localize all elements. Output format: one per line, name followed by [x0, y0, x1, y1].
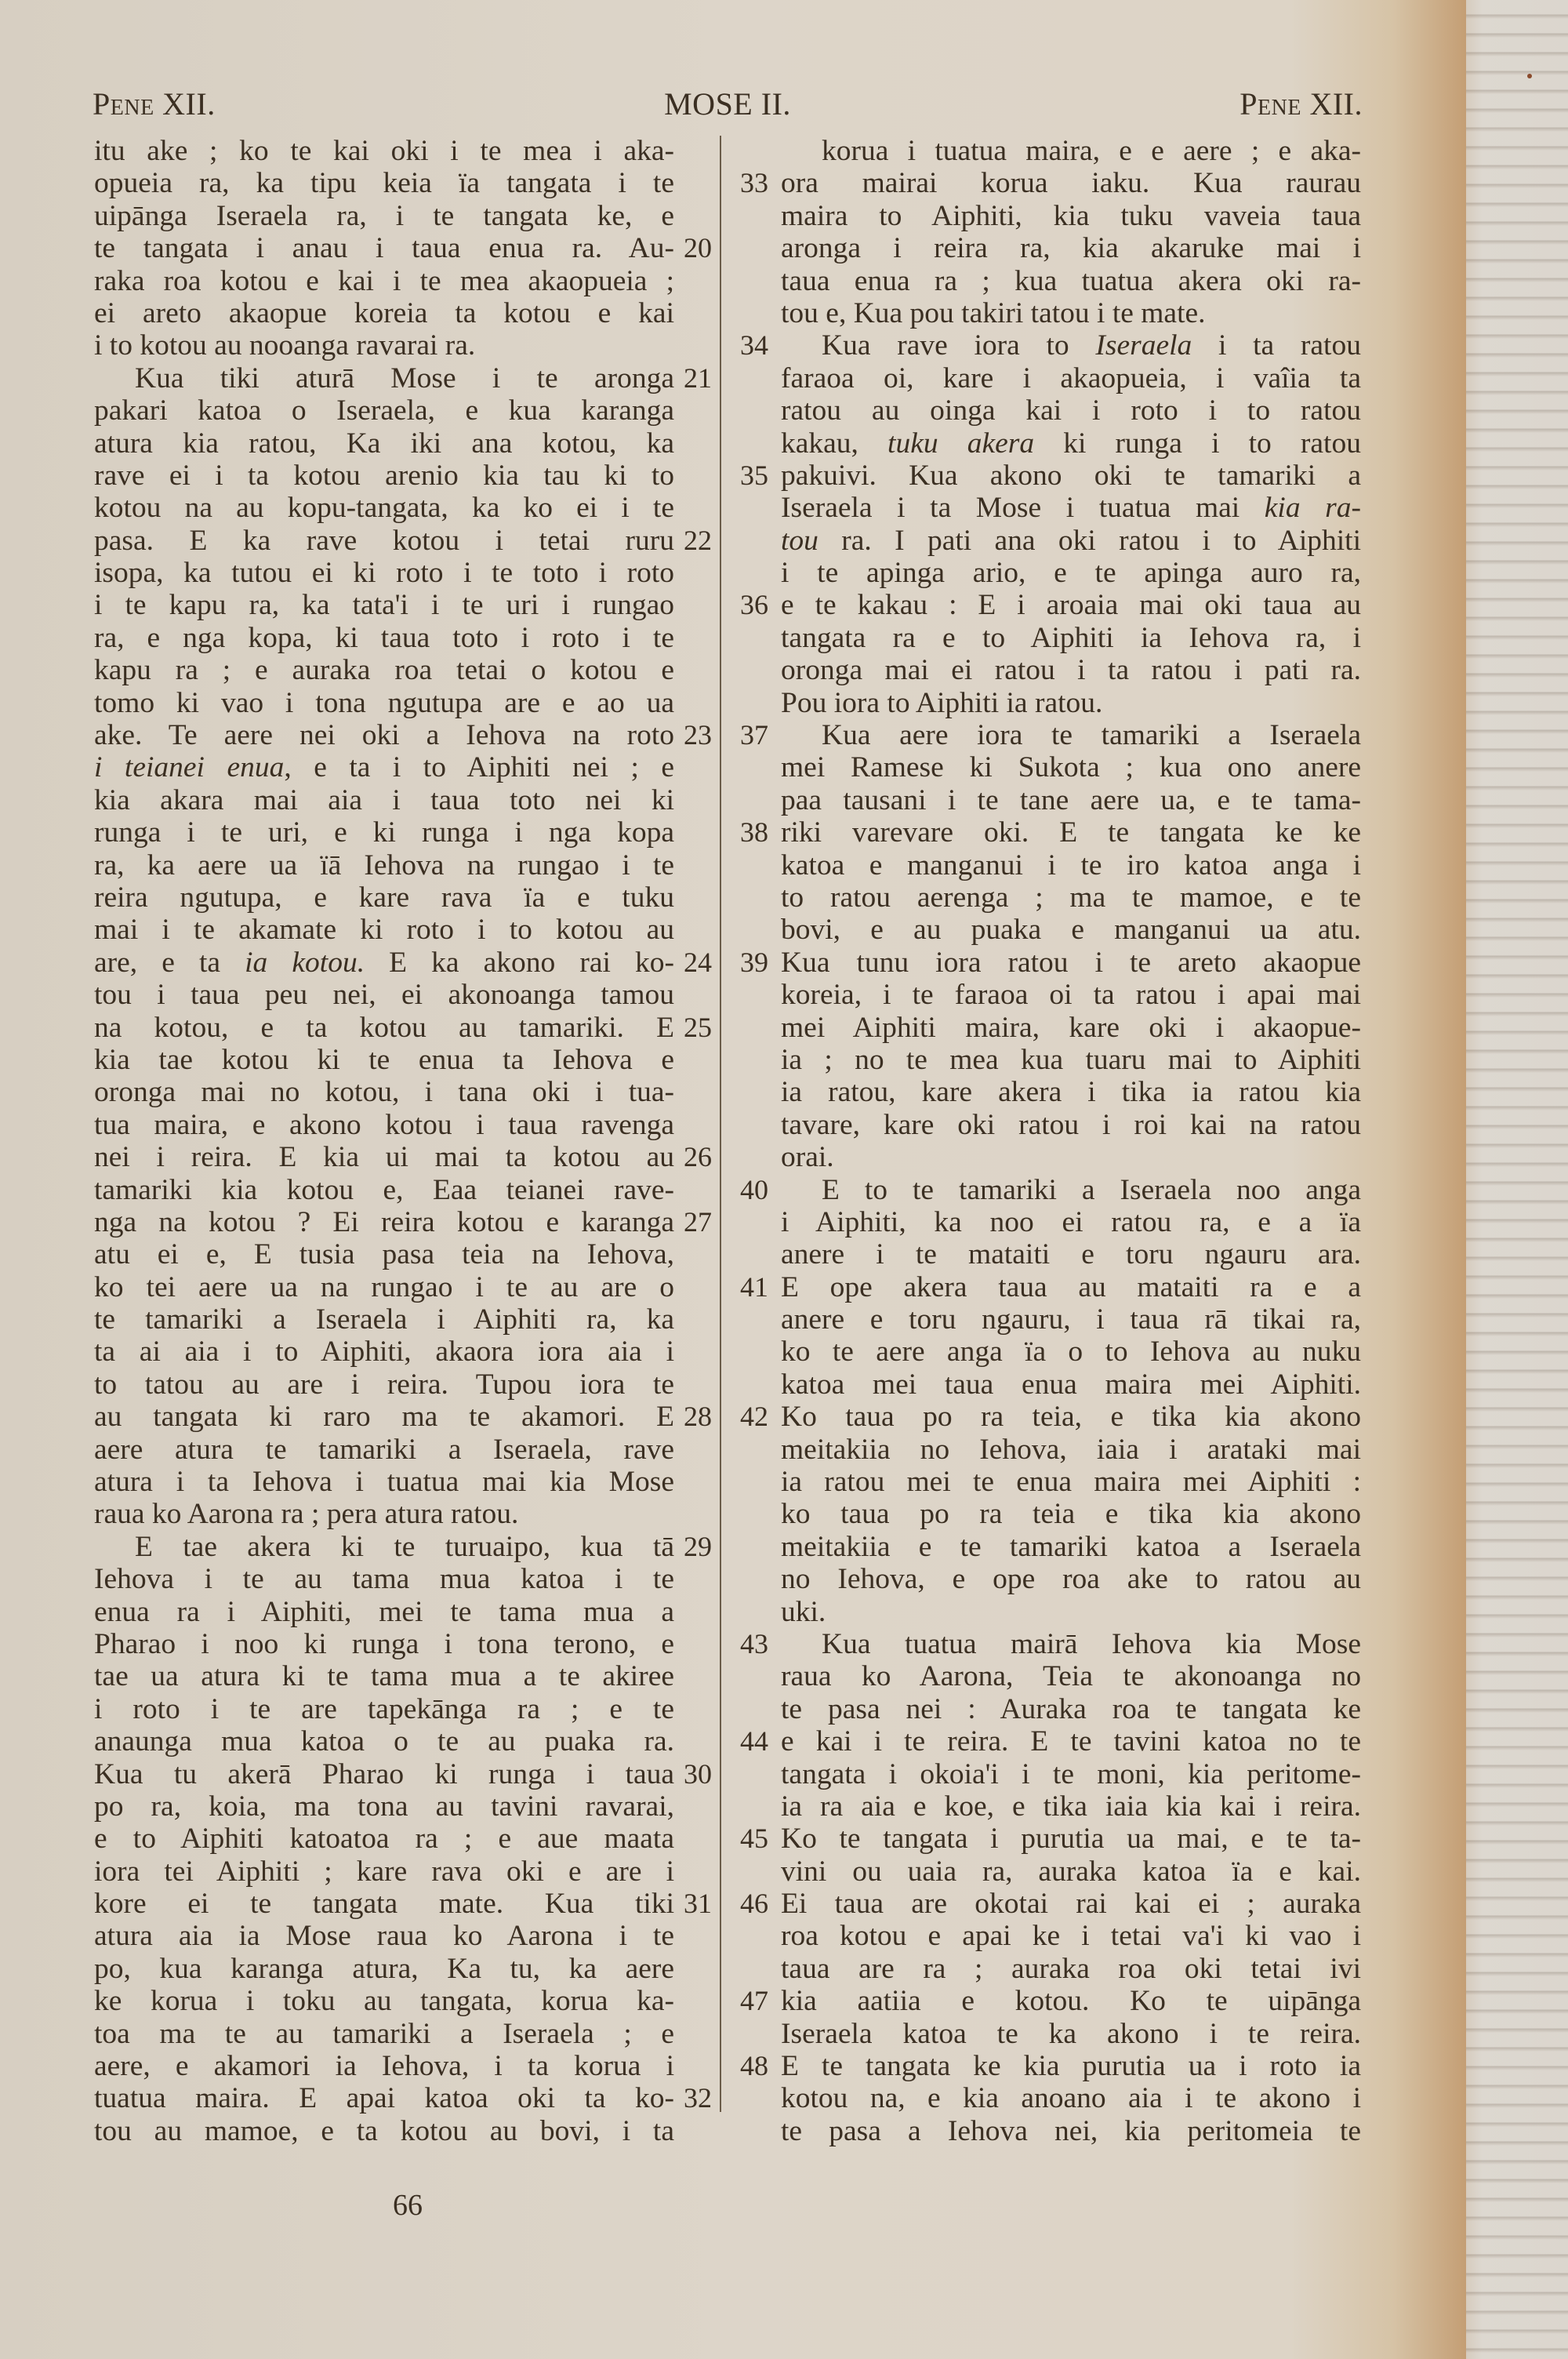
line-text: enua ra i Aiphiti, mei te tama mua a [94, 1596, 674, 1628]
text-line: ko taua po ra teia e tika kia akono [781, 1498, 1361, 1530]
line-text: katoa mei taua enua maira mei Aiphiti. [781, 1369, 1361, 1401]
text-line: i roto i te are tapekānga ra ; e te [94, 1693, 674, 1725]
text-line: na kotou, e ta kotou au tamariki. E25 [94, 1012, 674, 1044]
line-text: taua enua ra ; kua tuatua akera oki ra- [781, 265, 1361, 297]
text-line: po, kua karanga atura, Ka tu, ka aere [94, 1953, 674, 1985]
text-line: tomo ki vao i tona ngutupa are e ao ua [94, 687, 674, 719]
line-text: paa tausani i te tane aere ua, e te tama… [781, 784, 1361, 816]
line-text: tou au mamoe, e ta kotou au bovi, i ta [94, 2115, 674, 2147]
line-text: tua maira, e akono kotou i taua ravenga [94, 1109, 674, 1141]
line-text: tae ua atura ki te tama mua a te akiree [94, 1660, 674, 1692]
line-text: E to te tamariki a Iseraela noo anga [822, 1174, 1361, 1206]
verse-number: 46 [740, 1888, 768, 1920]
line-text: Iehova i te au tama mua katoa i te [94, 1563, 674, 1595]
text-line: no Iehova, e ope roa ake to ratou au [781, 1563, 1361, 1595]
line-text: opueia ra, ka tipu keia ïa tangata i te [94, 167, 674, 199]
text-line: tou au mamoe, e ta kotou au bovi, i ta [94, 2115, 674, 2147]
line-text: raua ko Aarona ra ; pera atura ratou. [94, 1498, 674, 1530]
line-text: raka roa kotou e kai i te mea akaopueia … [94, 265, 674, 297]
verse-number: 23 [684, 719, 712, 751]
text-line: atura i ta Iehova i tuatua mai kia Mose [94, 1466, 674, 1498]
text-line: kotou na au kopu-tangata, ka ko ei i te [94, 492, 674, 524]
page-number: 66 [368, 2188, 447, 2223]
line-text: aere, e akamori ia Iehova, i ta korua i [94, 2050, 674, 2082]
text-line: tavare, kare oki ratou i roi kai na rato… [781, 1109, 1361, 1141]
line-text: reira ngutupa, e kare rava ïa e tuku [94, 881, 674, 914]
text-line: E to te tamariki a Iseraela noo anga40 [781, 1174, 1361, 1206]
line-text: i roto i te are tapekānga ra ; e te [94, 1693, 674, 1725]
line-text: i to kotou au nooanga ravarai ra. [94, 329, 674, 362]
text-line: Kua rave iora to Iseraela i ta ratou34 [781, 329, 1361, 362]
text-line: tou e, Kua pou takiri tatou i te mate. [781, 297, 1361, 329]
line-text: iora tei Aiphiti ; kare rava oki e are i [94, 1856, 674, 1888]
text-line: Pou iora to Aiphiti ia ratou. [781, 687, 1361, 719]
line-text: ake. Te aere nei oki a Iehova na roto [94, 719, 674, 751]
line-text: tou ra. I pati ana oki ratou i to Aiphit… [781, 525, 1361, 557]
verse-number: 30 [684, 1758, 712, 1790]
line-text: ra, ka aere ua ïā Iehova na rungao i te [94, 849, 674, 881]
verse-number: 33 [740, 167, 768, 199]
text-line: to ratou aerenga ; ma te mamoe, e te [781, 881, 1361, 914]
text-line: uki. [781, 1596, 1361, 1628]
line-text: Pharao i noo ki runga i tona terono, e [94, 1628, 674, 1660]
text-line: te pasa nei : Auraka roa te tangata ke [781, 1693, 1361, 1725]
text-line: tangata i okoia'i i te moni, kia peritom… [781, 1758, 1361, 1790]
text-line: Kua tunu iora ratou i te areto akaopue39 [781, 947, 1361, 979]
text-line: pakari katoa o Iseraela, e kua karanga [94, 394, 674, 427]
text-line: Iehova i te au tama mua katoa i te [94, 1563, 674, 1595]
text-line: Kua tuatua mairā Iehova kia Mose43 [781, 1628, 1361, 1660]
line-text: katoa e manganui i te iro katoa anga i [781, 849, 1361, 881]
text-line: taua are ra ; auraka roa oki tetai ivi [781, 1953, 1361, 1985]
line-text: meitakiia e te tamariki katoa a Iseraela [781, 1531, 1361, 1563]
text-line: katoa mei taua enua maira mei Aiphiti. [781, 1369, 1361, 1401]
text-line: ora mairai korua iaku. Kua raurau33 [781, 167, 1361, 199]
italic-text: i teianei enua [94, 751, 284, 783]
verse-number: 35 [740, 460, 768, 492]
text-line: kia aatiia e kotou. Ko te uipānga47 [781, 1985, 1361, 2017]
text-line: iora tei Aiphiti ; kare rava oki e are i [94, 1856, 674, 1888]
text-line: kore ei te tangata mate. Kua tiki31 [94, 1888, 674, 1920]
text-line: ia ratou, kare akera i tika ia ratou kia [781, 1076, 1361, 1108]
text-line: E tae akera ki te turuaipo, kua tā29 [94, 1531, 674, 1563]
text-line: raka roa kotou e kai i te mea akaopueia … [94, 265, 674, 297]
line-text: i te kapu ra, ka tata'i i te uri i runga… [94, 589, 674, 621]
text-line: e to Aiphiti katoatoa ra ; e aue maata [94, 1823, 674, 1855]
line-text: tou i taua peu nei, ei akonoanga tamou [94, 979, 674, 1011]
verse-number: 40 [740, 1174, 768, 1206]
running-head: Pene XII. MOSE II. Pene XII. [93, 85, 1363, 124]
text-line: ra, ka aere ua ïā Iehova na rungao i te [94, 849, 674, 881]
verse-number: 39 [740, 947, 768, 979]
line-text: ia ra aia e koe, e tika iaia kia kai i r… [781, 1790, 1361, 1823]
text-line: i te apinga ario, e te apinga auro ra, [781, 557, 1361, 589]
line-text: anere i te mataiti e toru ngauru ara. [781, 1238, 1361, 1270]
text-line: aere atura te tamariki a Iseraela, rave [94, 1434, 674, 1466]
text-line: Ei taua are okotai rai kai ei ; auraka46 [781, 1888, 1361, 1920]
running-head-book-title: MOSE II. [93, 85, 1363, 124]
text-line: e kai i te reira. E te tavini katoa no t… [781, 1725, 1361, 1757]
verse-number: 45 [740, 1823, 768, 1855]
line-text: uki. [781, 1596, 1361, 1628]
text-line: toa ma te au tamariki a Iseraela ; e [94, 2018, 674, 2050]
line-text: toa ma te au tamariki a Iseraela ; e [94, 2018, 674, 2050]
text-line: tae ua atura ki te tama mua a te akiree [94, 1660, 674, 1692]
text-line: raua ko Aarona ra ; pera atura ratou. [94, 1498, 674, 1530]
text-line: nei i reira. E kia ui mai ta kotou au26 [94, 1141, 674, 1173]
line-text: ia ratou mei te enua maira mei Aiphiti : [781, 1466, 1361, 1498]
line-text: po ra, koia, ma tona au tavini ravarai, [94, 1790, 674, 1823]
line-text: to ratou aerenga ; ma te mamoe, e te [781, 881, 1361, 914]
line-text: nga na kotou ? Ei reira kotou e karanga [94, 1206, 674, 1238]
text-line: Kua tu akerā Pharao ki runga i taua30 [94, 1758, 674, 1790]
line-text: tou e, Kua pou takiri tatou i te mate. [781, 297, 1361, 329]
text-line: Pharao i noo ki runga i tona terono, e [94, 1628, 674, 1660]
line-text: raua ko Aarona, Teia te akonoanga no [781, 1660, 1361, 1692]
text-line: katoa e manganui i te iro katoa anga i [781, 849, 1361, 881]
line-text: kapu ra ; e auraka roa tetai o kotou e [94, 654, 674, 686]
line-text: korua i tuatua maira, e e aere ; e aka- [822, 135, 1361, 167]
text-line: ko te aere anga ïa o to Iehova au nuku [781, 1336, 1361, 1368]
line-text: tavare, kare oki ratou i roi kai na rato… [781, 1109, 1361, 1141]
text-line: anere i te mataiti e toru ngauru ara. [781, 1238, 1361, 1270]
line-text: kotou na, e kia anoano aia i te akono i [781, 2082, 1361, 2114]
text-line: i teianei enua, e ta i to Aiphiti nei ; … [94, 751, 674, 783]
line-text: itu ake ; ko te kai oki i te mea i aka- [94, 135, 674, 167]
text-line: po ra, koia, ma tona au tavini ravarai, [94, 1790, 674, 1823]
text-line: maira to Aiphiti, kia tuku vaveia taua [781, 200, 1361, 232]
line-text: kia tae kotou ki te enua ta Iehova e [94, 1044, 674, 1076]
text-line: pakuivi. Kua akono oki te tamariki a35 [781, 460, 1361, 492]
running-head-right: Pene XII. [1240, 85, 1363, 124]
line-text: kore ei te tangata mate. Kua tiki [94, 1888, 674, 1920]
text-line: paa tausani i te tane aere ua, e te tama… [781, 784, 1361, 816]
verse-number: 47 [740, 1985, 768, 2017]
line-text: uipānga Iseraela ra, i te tangata ke, e [94, 200, 674, 232]
text-line: faraoa oi, kare i akaopueia, i vaîia ta [781, 362, 1361, 394]
verse-number: 31 [684, 1888, 712, 1920]
text-line: aronga i reira ra, kia akaruke mai i [781, 232, 1361, 264]
text-line: koreia, i te faraoa oi ta ratou i apai m… [781, 979, 1361, 1011]
line-text: Kua rave iora to Iseraela i ta ratou [822, 329, 1361, 362]
line-text: te pasa nei : Auraka roa te tangata ke [781, 1693, 1361, 1725]
line-text: ko taua po ra teia e tika kia akono [781, 1498, 1361, 1530]
text-line: atu ei e, E tusia pasa teia na Iehova, [94, 1238, 674, 1270]
line-text: are, e ta ia kotou. E ka akono rai ko- [94, 947, 674, 979]
italic-text: Iseraela [1095, 329, 1192, 362]
line-text: e te kakau : E i aroaia mai oki taua au [781, 589, 1361, 621]
text-line: meitakiia no Iehova, iaia i arataki mai [781, 1434, 1361, 1466]
text-line: kakau, tuku akera ki runga i to ratou [781, 427, 1361, 460]
verse-number: 43 [740, 1628, 768, 1660]
text-line: ko tei aere ua na rungao i te au are o [94, 1271, 674, 1303]
line-text: Kua tuatua mairā Iehova kia Mose [822, 1628, 1361, 1660]
line-text: Ko taua po ra teia, e tika kia akono [781, 1401, 1361, 1433]
line-text: orai. [781, 1141, 1361, 1173]
adjacent-page-edge [1466, 0, 1568, 2359]
text-line: bovi, e au puaka e manganui ua atu. [781, 914, 1361, 946]
line-text: faraoa oi, kare i akaopueia, i vaîia ta [781, 362, 1361, 394]
line-text: pakuivi. Kua akono oki te tamariki a [781, 460, 1361, 492]
verse-number: 37 [740, 719, 768, 751]
verse-number: 29 [684, 1531, 712, 1563]
text-line: enua ra i Aiphiti, mei te tama mua a [94, 1596, 674, 1628]
text-line: E te tangata ke kia purutia ua i roto ia… [781, 2050, 1361, 2082]
text-line: anaunga mua katoa o te au puaka ra. [94, 1725, 674, 1757]
line-text: E tae akera ki te turuaipo, kua tā [135, 1531, 674, 1563]
text-line: Ko taua po ra teia, e tika kia akono42 [781, 1401, 1361, 1433]
text-line: te tamariki a Iseraela i Aiphiti ra, ka [94, 1303, 674, 1336]
line-text: koreia, i te faraoa oi ta ratou i apai m… [781, 979, 1361, 1011]
line-text: oronga mai no kotou, i tana oki i tua- [94, 1076, 674, 1108]
text-line: rave ei i ta kotou arenio kia tau ki to [94, 460, 674, 492]
verse-number: 26 [684, 1141, 712, 1173]
line-text: kakau, tuku akera ki runga i to ratou [781, 427, 1361, 460]
line-text: tuatua maira. E apai katoa oki ta ko- [94, 2082, 674, 2114]
text-line: atura aia ia Mose raua ko Aarona i te [94, 1920, 674, 1952]
line-text: ra, e nga kopa, ki taua toto i roto i te [94, 622, 674, 654]
text-line: oronga mai no kotou, i tana oki i tua- [94, 1076, 674, 1108]
text-line: opueia ra, ka tipu keia ïa tangata i te [94, 167, 674, 199]
line-text: oronga mai ei ratou i ta ratou i pati ra… [781, 654, 1361, 686]
verse-number: 21 [684, 362, 712, 394]
text-line: i to kotou au nooanga ravarai ra. [94, 329, 674, 362]
line-text: atura aia ia Mose raua ko Aarona i te [94, 1920, 674, 1952]
text-line: to tatou au are i reira. Tupou iora te [94, 1369, 674, 1401]
verse-number: 38 [740, 816, 768, 849]
text-line: kia tae kotou ki te enua ta Iehova e [94, 1044, 674, 1076]
text-line: atura kia ratou, Ka iki ana kotou, ka [94, 427, 674, 460]
line-text: Ko te tangata i purutia ua mai, e te ta- [781, 1823, 1361, 1855]
verse-number: 42 [740, 1401, 768, 1433]
line-text: na kotou, e ta kotou au tamariki. E [94, 1012, 674, 1044]
line-text: taua are ra ; auraka roa oki tetai ivi [781, 1953, 1361, 1985]
italic-text: tou [781, 525, 818, 557]
line-text: E te tangata ke kia purutia ua i roto ia [781, 2050, 1361, 2082]
line-text: au tangata ki raro ma te akamori. E [94, 1401, 674, 1433]
text-line: raua ko Aarona, Teia te akonoanga no [781, 1660, 1361, 1692]
text-line: ke korua i toku au tangata, korua ka- [94, 1985, 674, 2017]
verse-number: 24 [684, 947, 712, 979]
text-line: aere, e akamori ia Iehova, i ta korua i [94, 2050, 674, 2082]
verse-number: 36 [740, 589, 768, 621]
text-line: tua maira, e akono kotou i taua ravenga [94, 1109, 674, 1141]
line-text: atu ei e, E tusia pasa teia na Iehova, [94, 1238, 674, 1270]
text-line: te pasa a Iehova nei, kia peritomeia te [781, 2115, 1361, 2147]
left-column: itu ake ; ko te kai oki i te mea i aka-o… [94, 135, 674, 2147]
text-line: mai i te akamate ki roto i to kotou au [94, 914, 674, 946]
line-text: ora mairai korua iaku. Kua raurau [781, 167, 1361, 199]
line-text: i Aiphiti, ka noo ei ratou ra, e a ïa [781, 1206, 1361, 1238]
italic-text: kia ra- [1265, 492, 1361, 524]
line-text: Pou iora to Aiphiti ia ratou. [781, 687, 1361, 719]
text-line: runga i te uri, e ki runga i nga kopa [94, 816, 674, 849]
text-line: reira ngutupa, e kare rava ïa e tuku [94, 881, 674, 914]
line-text: anere e toru ngauru, i taua rā tikai ra, [781, 1303, 1361, 1336]
line-text: e to Aiphiti katoatoa ra ; e aue maata [94, 1823, 674, 1855]
line-text: i te apinga ario, e te apinga auro ra, [781, 557, 1361, 589]
text-line: tou i taua peu nei, ei akonoanga tamou [94, 979, 674, 1011]
line-text: roa kotou e apai ke i tetai va'i ki vao … [781, 1920, 1361, 1952]
line-text: ratou au oinga kai i roto i to ratou [781, 394, 1361, 427]
line-text: kia akara mai aia i taua toto nei ki [94, 784, 674, 816]
text-line: Ko te tangata i purutia ua mai, e te ta-… [781, 1823, 1361, 1855]
column-divider [720, 136, 721, 2112]
text-line: oronga mai ei ratou i ta ratou i pati ra… [781, 654, 1361, 686]
line-text: ko te aere anga ïa o to Iehova au nuku [781, 1336, 1361, 1368]
italic-text: tuku akera [887, 427, 1034, 460]
line-text: ke korua i toku au tangata, korua ka- [94, 1985, 674, 2017]
text-line: kapu ra ; e auraka roa tetai o kotou e [94, 654, 674, 686]
text-line: anere e toru ngauru, i taua rā tikai ra, [781, 1303, 1361, 1336]
line-text: aronga i reira ra, kia akaruke mai i [781, 232, 1361, 264]
line-text: atura i ta Iehova i tuatua mai kia Mose [94, 1466, 674, 1498]
line-text: Kua tu akerā Pharao ki runga i taua [94, 1758, 674, 1790]
text-line: taua enua ra ; kua tuatua akera oki ra- [781, 265, 1361, 297]
verse-number: 20 [684, 232, 712, 264]
line-text: e kai i te reira. E te tavini katoa no t… [781, 1725, 1361, 1757]
text-line: riki varevare oki. E te tangata ke ke38 [781, 816, 1361, 849]
line-text: kia aatiia e kotou. Ko te uipānga [781, 1985, 1361, 2017]
text-line: korua i tuatua maira, e e aere ; e aka- [781, 135, 1361, 167]
line-text: te tangata i anau i taua enua ra. Au- [94, 232, 674, 264]
text-line: isopa, ka tutou ei ki roto i te toto i r… [94, 557, 674, 589]
italic-text: ia kotou. [245, 947, 365, 979]
line-text: mei Ramese ki Sukota ; kua ono anere [781, 751, 1361, 783]
verse-number: 27 [684, 1206, 712, 1238]
text-line: Kua aere iora te tamariki a Iseraela37 [781, 719, 1361, 751]
text-line: Iseraela i ta Mose i tuatua mai kia ra- [781, 492, 1361, 524]
line-text: po, kua karanga atura, Ka tu, ka aere [94, 1953, 674, 1985]
line-text: te tamariki a Iseraela i Aiphiti ra, ka [94, 1303, 674, 1336]
right-column: korua i tuatua maira, e e aere ; e aka-o… [781, 135, 1361, 2147]
verse-number: 28 [684, 1401, 712, 1433]
text-line: ta ai aia i to Aiphiti, akaora iora aia … [94, 1336, 674, 1368]
text-line: Iseraela katoa te ka akono i te reira. [781, 2018, 1361, 2050]
text-line: e te kakau : E i aroaia mai oki taua au3… [781, 589, 1361, 621]
line-text: tomo ki vao i tona ngutupa are e ao ua [94, 687, 674, 719]
line-text: bovi, e au puaka e manganui ua atu. [781, 914, 1361, 946]
text-line: ia ra aia e koe, e tika iaia kia kai i r… [781, 1790, 1361, 1823]
line-text: Kua tiki aturā Mose i te aronga [135, 362, 674, 394]
text-line: tuatua maira. E apai katoa oki ta ko-32 [94, 2082, 674, 2114]
text-line: ei areto akaopue koreia ta kotou e kai [94, 297, 674, 329]
line-text: anaunga mua katoa o te au puaka ra. [94, 1725, 674, 1757]
line-text: Iseraela i ta Mose i tuatua mai kia ra- [781, 492, 1361, 524]
text-line: i te kapu ra, ka tata'i i te uri i runga… [94, 589, 674, 621]
line-text: ia ; no te mea kua tuaru mai to Aiphiti [781, 1044, 1361, 1076]
verse-number: 48 [740, 2050, 768, 2082]
line-text: ko tei aere ua na rungao i te au are o [94, 1271, 674, 1303]
line-text: to tatou au are i reira. Tupou iora te [94, 1369, 674, 1401]
line-text: Iseraela katoa te ka akono i te reira. [781, 2018, 1361, 2050]
verse-number: 34 [740, 329, 768, 362]
text-line: i Aiphiti, ka noo ei ratou ra, e a ïa [781, 1206, 1361, 1238]
verse-number: 22 [684, 525, 712, 557]
line-text: rave ei i ta kotou arenio kia tau ki to [94, 460, 674, 492]
line-text: isopa, ka tutou ei ki roto i te toto i r… [94, 557, 674, 589]
line-text: E ope akera taua au mataiti ra e a [781, 1271, 1361, 1303]
line-text: meitakiia no Iehova, iaia i arataki mai [781, 1434, 1361, 1466]
text-line: are, e ta ia kotou. E ka akono rai ko-24 [94, 947, 674, 979]
line-text: ei areto akaopue koreia ta kotou e kai [94, 297, 674, 329]
text-line: nga na kotou ? Ei reira kotou e karanga2… [94, 1206, 674, 1238]
text-line: mei Aiphiti maira, kare oki i akaopue- [781, 1012, 1361, 1044]
text-line: tamariki kia kotou e, Eaa teianei rave- [94, 1174, 674, 1206]
line-text: no Iehova, e ope roa ake to ratou au [781, 1563, 1361, 1595]
text-line: uipānga Iseraela ra, i te tangata ke, e [94, 200, 674, 232]
line-text: pasa. E ka rave kotou i tetai ruru [94, 525, 674, 557]
text-line: kotou na, e kia anoano aia i te akono i [781, 2082, 1361, 2114]
line-text: ta ai aia i to Aiphiti, akaora iora aia … [94, 1336, 674, 1368]
paper-speck [1527, 74, 1532, 78]
text-line: pasa. E ka rave kotou i tetai ruru22 [94, 525, 674, 557]
line-text: pakari katoa o Iseraela, e kua karanga [94, 394, 674, 427]
text-line: vini ou uaia ra, auraka katoa ïa e kai. [781, 1856, 1361, 1888]
line-text: nei i reira. E kia ui mai ta kotou au [94, 1141, 674, 1173]
text-line: te tangata i anau i taua enua ra. Au-20 [94, 232, 674, 264]
verse-number: 32 [684, 2082, 712, 2114]
line-text: atura kia ratou, Ka iki ana kotou, ka [94, 427, 674, 460]
text-line: E ope akera taua au mataiti ra e a41 [781, 1271, 1361, 1303]
text-line: mei Ramese ki Sukota ; kua ono anere [781, 751, 1361, 783]
line-text: kotou na au kopu-tangata, ka ko ei i te [94, 492, 674, 524]
text-line: ake. Te aere nei oki a Iehova na roto23 [94, 719, 674, 751]
text-line: ratou au oinga kai i roto i to ratou [781, 394, 1361, 427]
line-text: Kua aere iora te tamariki a Iseraela [822, 719, 1361, 751]
line-text: ia ratou, kare akera i tika ia ratou kia [781, 1076, 1361, 1108]
text-line: au tangata ki raro ma te akamori. E28 [94, 1401, 674, 1433]
text-line: ra, e nga kopa, ki taua toto i roto i te [94, 622, 674, 654]
text-line: orai. [781, 1141, 1361, 1173]
line-text: mei Aiphiti maira, kare oki i akaopue- [781, 1012, 1361, 1044]
line-text: mai i te akamate ki roto i to kotou au [94, 914, 674, 946]
line-text: Ei taua are okotai rai kai ei ; auraka [781, 1888, 1361, 1920]
text-line: roa kotou e apai ke i tetai va'i ki vao … [781, 1920, 1361, 1952]
line-text: tangata i okoia'i i te moni, kia peritom… [781, 1758, 1361, 1790]
line-text: runga i te uri, e ki runga i nga kopa [94, 816, 674, 849]
line-text: tamariki kia kotou e, Eaa teianei rave- [94, 1174, 674, 1206]
line-text: vini ou uaia ra, auraka katoa ïa e kai. [781, 1856, 1361, 1888]
text-line: ia ratou mei te enua maira mei Aiphiti : [781, 1466, 1361, 1498]
text-line: tangata ra e to Aiphiti ia Iehova ra, i [781, 622, 1361, 654]
line-text: te pasa a Iehova nei, kia peritomeia te [781, 2115, 1361, 2147]
text-line: kia akara mai aia i taua toto nei ki [94, 784, 674, 816]
text-line: itu ake ; ko te kai oki i te mea i aka- [94, 135, 674, 167]
text-line: tou ra. I pati ana oki ratou i to Aiphit… [781, 525, 1361, 557]
verse-number: 44 [740, 1725, 768, 1757]
line-text: tangata ra e to Aiphiti ia Iehova ra, i [781, 622, 1361, 654]
line-text: aere atura te tamariki a Iseraela, rave [94, 1434, 674, 1466]
verse-number: 41 [740, 1271, 768, 1303]
line-text: riki varevare oki. E te tangata ke ke [781, 816, 1361, 849]
text-line: meitakiia e te tamariki katoa a Iseraela [781, 1531, 1361, 1563]
verse-number: 25 [684, 1012, 712, 1044]
text-line: Kua tiki aturā Mose i te aronga21 [94, 362, 674, 394]
line-text: maira to Aiphiti, kia tuku vaveia taua [781, 200, 1361, 232]
text-line: ia ; no te mea kua tuaru mai to Aiphiti [781, 1044, 1361, 1076]
line-text: Kua tunu iora ratou i te areto akaopue [781, 947, 1361, 979]
line-text: i teianei enua, e ta i to Aiphiti nei ; … [94, 751, 674, 783]
